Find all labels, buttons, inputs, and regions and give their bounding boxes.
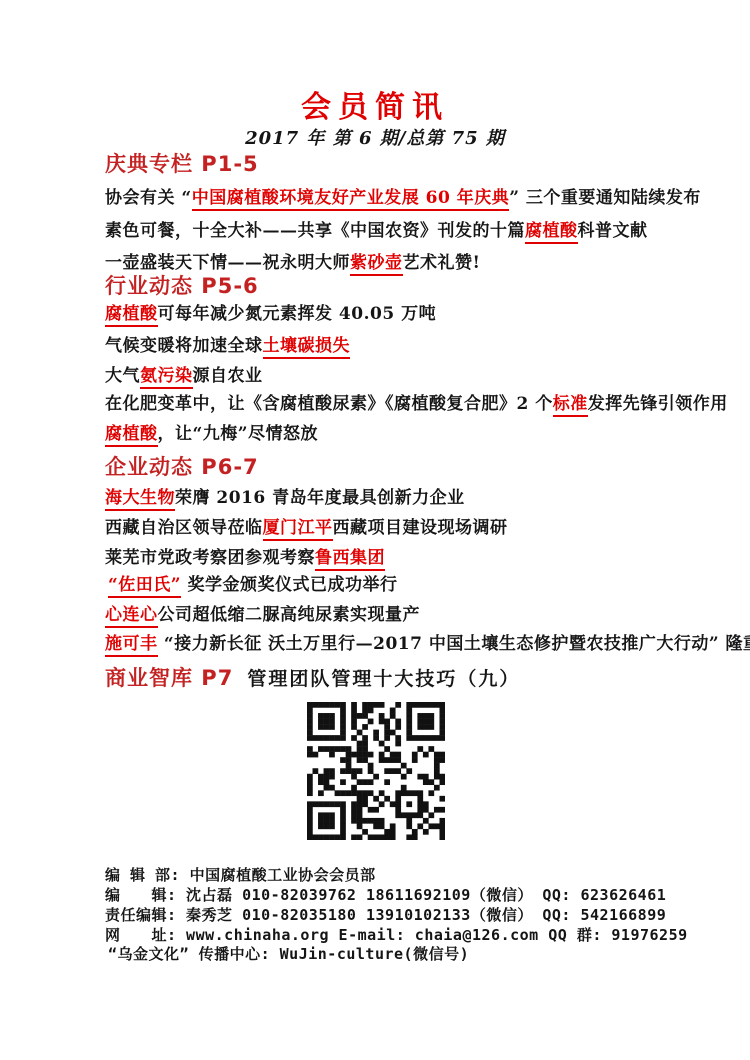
toc-line: 海大生物荣膺 2016 青岛年度最具创新力企业 <box>105 483 465 508</box>
toc-line: “佐田氏” 奖学金颁奖仪式已成功举行 <box>108 570 397 595</box>
page-title: 会员简讯 <box>0 82 750 126</box>
toc-link[interactable]: 腐植酸 <box>105 424 158 447</box>
text-segment: 艺术礼赞! <box>403 253 481 273</box>
toc-line: 素色可餐，十全大补——共享《中国农资》刊发的十篇腐植酸科普文献 <box>105 216 648 241</box>
text-segment: 西藏自治区领导莅临 <box>105 518 263 538</box>
toc-link[interactable]: 土壤碳损失 <box>263 336 351 359</box>
business-article-title: 管理团队管理十大技巧（九） <box>247 668 520 690</box>
text-segment: ” 三个重要通知陆续发布 <box>509 188 701 208</box>
section-header-business: 商业智库 P7管理团队管理十大技巧（九） <box>105 662 520 692</box>
toc-link[interactable]: 氨污染 <box>140 366 193 389</box>
text-segment: 公司超低缩二脲高纯尿素实现量产 <box>158 605 421 625</box>
toc-line: 腐植酸，让“九梅”尽情怒放 <box>105 419 318 444</box>
text-segment: 大气 <box>105 366 140 386</box>
text-segment: 在化肥变革中，让《含腐植酸尿素》《腐植酸复合肥》2 个 <box>105 394 553 414</box>
qr-code-image <box>307 702 445 840</box>
text-segment: 西藏项目建设现场调研 <box>333 518 508 538</box>
issue-line: 2017 年 第 6 期/总第 75 期 <box>0 124 750 150</box>
toc-link[interactable]: 鲁西集团 <box>315 548 385 571</box>
text-segment: “接力新长征 沃土万里行—2017 中国土壤生态修护暨农技推广大行动” 隆重开启… <box>158 634 750 654</box>
toc-link[interactable]: 海大生物 <box>105 488 175 511</box>
text-segment: 源自农业 <box>193 366 263 386</box>
toc-line: 莱芜市党政考察团参观考察鲁西集团 <box>105 543 385 568</box>
text-segment: ，让“九梅”尽情怒放 <box>158 424 319 444</box>
newsletter-page: 会员简讯 2017 年 第 6 期/总第 75 期 庆典专栏 P1-5 协会有关… <box>0 0 750 1060</box>
toc-link[interactable]: 腐植酸 <box>105 304 158 327</box>
toc-link[interactable]: 标准 <box>553 394 588 417</box>
toc-line: 在化肥变革中，让《含腐植酸尿素》《腐植酸复合肥》2 个标准发挥先锋引领作用 <box>105 389 728 414</box>
toc-link[interactable]: 中国腐植酸环境友好产业发展 60 年庆典 <box>192 188 510 211</box>
section-header-celebration: 庆典专栏 P1-5 <box>105 148 259 178</box>
footer-wujin-culture: “乌金文化” 传播中心: WuJin-culture(微信号) <box>108 943 469 964</box>
section-header-enterprise: 企业动态 P6-7 <box>105 451 259 481</box>
toc-line: 腐植酸可每年减少氮元素挥发 40.05 万吨 <box>105 299 436 324</box>
toc-link[interactable]: 腐植酸 <box>525 221 578 244</box>
toc-link[interactable]: 厦门江平 <box>263 518 333 541</box>
text-segment: 协会有关 “ <box>105 188 192 208</box>
footer-website: 网 址: www.chinaha.org E-mail: chaia@126.c… <box>105 924 688 945</box>
toc-link[interactable]: 施可丰 <box>105 634 158 657</box>
section-header-label: 商业智库 P7 <box>105 666 233 690</box>
text-segment: 科普文献 <box>578 221 648 241</box>
footer-editor: 编 辑: 沈占磊 010-82039762 18611692109（微信） QQ… <box>105 884 666 905</box>
toc-line: 施可丰 “接力新长征 沃土万里行—2017 中国土壤生态修护暨农技推广大行动” … <box>105 629 750 654</box>
footer-executive-editor: 责任编辑: 秦秀芝 010-82035180 13910102133（微信） Q… <box>105 904 666 925</box>
text-segment: 可每年减少氮元素挥发 40.05 万吨 <box>158 304 437 324</box>
toc-line: 心连心公司超低缩二脲高纯尿素实现量产 <box>105 600 420 625</box>
text-segment: 荣膺 2016 青岛年度最具创新力企业 <box>175 488 465 508</box>
text-segment: 发挥先锋引领作用 <box>588 394 728 414</box>
text-segment: 素色可餐，十全大补——共享《中国农资》刊发的十篇 <box>105 221 525 241</box>
text-segment: 莱芜市党政考察团参观考察 <box>105 548 315 568</box>
text-segment: 气候变暖将加速全球 <box>105 336 263 356</box>
toc-line: 气候变暖将加速全球土壤碳损失 <box>105 331 350 356</box>
footer-editorial-dept: 编 辑 部: 中国腐植酸工业协会会员部 <box>105 864 376 885</box>
toc-line: 大气氨污染源自农业 <box>105 361 263 386</box>
text-segment: 奖学金颁奖仪式已成功举行 <box>181 575 397 595</box>
toc-link[interactable]: “佐田氏” <box>108 575 181 598</box>
toc-line: 协会有关 “中国腐植酸环境友好产业发展 60 年庆典” 三个重要通知陆续发布 <box>105 183 701 208</box>
section-header-industry: 行业动态 P5-6 <box>105 270 259 300</box>
toc-line: 西藏自治区领导莅临厦门江平西藏项目建设现场调研 <box>105 513 508 538</box>
toc-link[interactable]: 紫砂壶 <box>350 253 403 276</box>
toc-link[interactable]: 心连心 <box>105 605 158 628</box>
